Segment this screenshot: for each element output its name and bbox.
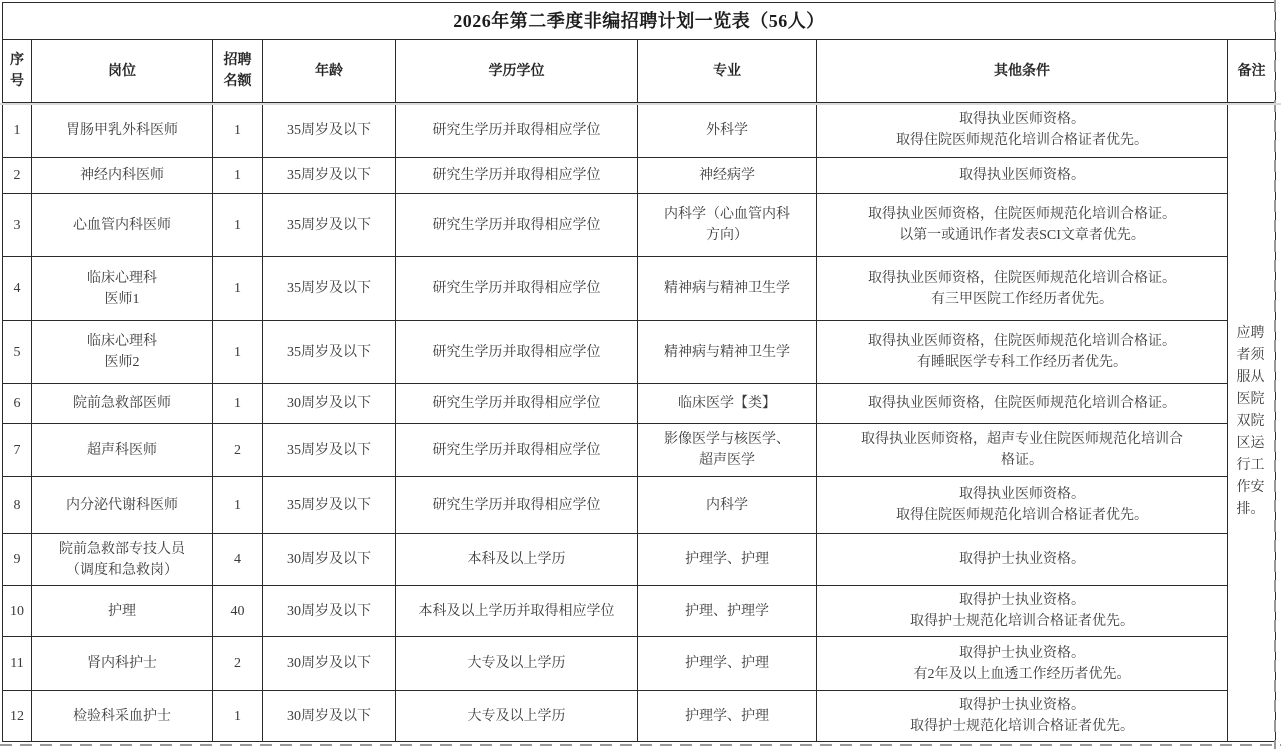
cell-other: 取得护士执业资格。 (817, 534, 1228, 586)
cell-seq: 12 (3, 691, 32, 742)
table-row: 5临床心理科 医师2135周岁及以下研究生学历并取得相应学位精神病与精神卫生学取… (3, 321, 1276, 384)
remark-text: 应聘者须服从医院双院区运行工作安排。 (1237, 323, 1267, 521)
cell-other: 取得执业医师资格，超声专业住院医师规范化培训合 格证。 (817, 424, 1228, 477)
cell-seq: 11 (3, 637, 32, 691)
cell-quota: 1 (213, 384, 263, 424)
spreadsheet-page: 2026年第二季度非编招聘计划一览表（56人） 序 号 岗位 招聘 名额 年龄 … (0, 0, 1281, 749)
cell-major: 内科学 (638, 477, 817, 534)
cell-major: 护理学、护理 (638, 691, 817, 742)
cell-seq: 5 (3, 321, 32, 384)
cell-seq: 9 (3, 534, 32, 586)
cell-age: 35周岁及以下 (263, 158, 396, 194)
cell-education: 本科及以上学历 (396, 534, 638, 586)
cell-age: 30周岁及以下 (263, 691, 396, 742)
cell-quota: 1 (213, 103, 263, 158)
cell-quota: 1 (213, 158, 263, 194)
cell-education: 研究生学历并取得相应学位 (396, 103, 638, 158)
table-row: 7超声科医师235周岁及以下研究生学历并取得相应学位影像医学与核医学、 超声医学… (3, 424, 1276, 477)
cell-post: 内分泌代谢科医师 (32, 477, 213, 534)
column-header-quota: 招聘 名额 (213, 40, 263, 103)
cell-education: 大专及以上学历 (396, 691, 638, 742)
table-row: 8内分泌代谢科医师135周岁及以下研究生学历并取得相应学位内科学取得执业医师资格… (3, 477, 1276, 534)
cell-seq: 7 (3, 424, 32, 477)
cell-other: 取得护士执业资格。 取得护士规范化培训合格证者优先。 (817, 586, 1228, 637)
column-header-remark: 备注 (1228, 40, 1276, 103)
cell-seq: 3 (3, 194, 32, 257)
header-row: 序 号 岗位 招聘 名额 年龄 学历学位 专业 其他条件 备注 (3, 40, 1276, 103)
cell-education: 研究生学历并取得相应学位 (396, 477, 638, 534)
table-row: 11肾内科护士230周岁及以下大专及以上学历护理学、护理取得护士执业资格。 有2… (3, 637, 1276, 691)
cell-post: 临床心理科 医师1 (32, 257, 213, 321)
page-break-line-horizontal (0, 744, 1281, 746)
cell-age: 30周岁及以下 (263, 586, 396, 637)
column-header-education: 学历学位 (396, 40, 638, 103)
column-header-seq: 序 号 (3, 40, 32, 103)
cell-seq: 6 (3, 384, 32, 424)
cell-other: 取得执业医师资格，住院医师规范化培训合格证。 以第一或通讯作者发表SCI文章者优… (817, 194, 1228, 257)
cell-seq: 1 (3, 103, 32, 158)
column-header-age: 年龄 (263, 40, 396, 103)
cell-major: 影像医学与核医学、 超声医学 (638, 424, 817, 477)
cell-education: 大专及以上学历 (396, 637, 638, 691)
cell-post: 肾内科护士 (32, 637, 213, 691)
cell-education: 研究生学历并取得相应学位 (396, 424, 638, 477)
cell-other: 取得执业医师资格。 取得住院医师规范化培训合格证者优先。 (817, 477, 1228, 534)
freeze-pane-divider (0, 103, 1281, 105)
table-row: 1胃肠甲乳外科医师135周岁及以下研究生学历并取得相应学位外科学取得执业医师资格… (3, 103, 1276, 158)
cell-age: 30周岁及以下 (263, 637, 396, 691)
cell-major: 内科学（心血管内科 方向） (638, 194, 817, 257)
cell-other: 取得执业医师资格，住院医师规范化培训合格证。 (817, 384, 1228, 424)
column-header-major: 专业 (638, 40, 817, 103)
cell-age: 35周岁及以下 (263, 424, 396, 477)
table-row: 6院前急救部医师130周岁及以下研究生学历并取得相应学位临床医学【类】取得执业医… (3, 384, 1276, 424)
cell-post: 检验科采血护士 (32, 691, 213, 742)
table-row: 3心血管内科医师135周岁及以下研究生学历并取得相应学位内科学（心血管内科 方向… (3, 194, 1276, 257)
cell-post: 院前急救部医师 (32, 384, 213, 424)
cell-quota: 1 (213, 691, 263, 742)
cell-major: 神经病学 (638, 158, 817, 194)
cell-quota: 1 (213, 194, 263, 257)
cell-other: 取得执业医师资格，住院医师规范化培训合格证。 有三甲医院工作经历者优先。 (817, 257, 1228, 321)
cell-education: 本科及以上学历并取得相应学位 (396, 586, 638, 637)
cell-major: 精神病与精神卫生学 (638, 321, 817, 384)
cell-quota: 40 (213, 586, 263, 637)
table-row: 2神经内科医师135周岁及以下研究生学历并取得相应学位神经病学取得执业医师资格。 (3, 158, 1276, 194)
cell-post: 胃肠甲乳外科医师 (32, 103, 213, 158)
cell-major: 护理学、护理 (638, 637, 817, 691)
cell-seq: 2 (3, 158, 32, 194)
cell-quota: 4 (213, 534, 263, 586)
table-row: 12检验科采血护士130周岁及以下大专及以上学历护理学、护理取得护士执业资格。 … (3, 691, 1276, 742)
cell-age: 35周岁及以下 (263, 257, 396, 321)
cell-post: 心血管内科医师 (32, 194, 213, 257)
cell-major: 护理学、护理 (638, 534, 817, 586)
cell-education: 研究生学历并取得相应学位 (396, 321, 638, 384)
cell-age: 35周岁及以下 (263, 194, 396, 257)
table-body: 1胃肠甲乳外科医师135周岁及以下研究生学历并取得相应学位外科学取得执业医师资格… (3, 103, 1276, 742)
cell-seq: 10 (3, 586, 32, 637)
cell-education: 研究生学历并取得相应学位 (396, 384, 638, 424)
cell-post: 护理 (32, 586, 213, 637)
cell-major: 护理、护理学 (638, 586, 817, 637)
column-header-post: 岗位 (32, 40, 213, 103)
cell-quota: 2 (213, 637, 263, 691)
page-break-line-vertical (1274, 0, 1276, 749)
cell-education: 研究生学历并取得相应学位 (396, 194, 638, 257)
cell-quota: 1 (213, 321, 263, 384)
cell-other: 取得执业医师资格，住院医师规范化培训合格证。 有睡眠医学专科工作经历者优先。 (817, 321, 1228, 384)
cell-seq: 8 (3, 477, 32, 534)
cell-other: 取得护士执业资格。 取得护士规范化培训合格证者优先。 (817, 691, 1228, 742)
cell-post: 临床心理科 医师2 (32, 321, 213, 384)
recruitment-table: 2026年第二季度非编招聘计划一览表（56人） 序 号 岗位 招聘 名额 年龄 … (2, 2, 1276, 742)
cell-age: 35周岁及以下 (263, 477, 396, 534)
cell-seq: 4 (3, 257, 32, 321)
cell-post: 超声科医师 (32, 424, 213, 477)
title-row: 2026年第二季度非编招聘计划一览表（56人） (3, 3, 1276, 40)
cell-age: 35周岁及以下 (263, 321, 396, 384)
cell-quota: 1 (213, 477, 263, 534)
remark-cell: 应聘者须服从医院双院区运行工作安排。 (1228, 103, 1276, 742)
table-title: 2026年第二季度非编招聘计划一览表（56人） (3, 3, 1276, 40)
cell-other: 取得执业医师资格。 取得住院医师规范化培训合格证者优先。 (817, 103, 1228, 158)
cell-major: 临床医学【类】 (638, 384, 817, 424)
cell-age: 30周岁及以下 (263, 384, 396, 424)
cell-post: 神经内科医师 (32, 158, 213, 194)
table-row: 10护理4030周岁及以下本科及以上学历并取得相应学位护理、护理学取得护士执业资… (3, 586, 1276, 637)
cell-major: 外科学 (638, 103, 817, 158)
cell-quota: 1 (213, 257, 263, 321)
table-row: 9院前急救部专技人员 （调度和急救岗）430周岁及以下本科及以上学历护理学、护理… (3, 534, 1276, 586)
cell-age: 30周岁及以下 (263, 534, 396, 586)
cell-major: 精神病与精神卫生学 (638, 257, 817, 321)
cell-other: 取得执业医师资格。 (817, 158, 1228, 194)
cell-quota: 2 (213, 424, 263, 477)
cell-age: 35周岁及以下 (263, 103, 396, 158)
cell-education: 研究生学历并取得相应学位 (396, 257, 638, 321)
column-header-other: 其他条件 (817, 40, 1228, 103)
table-row: 4临床心理科 医师1135周岁及以下研究生学历并取得相应学位精神病与精神卫生学取… (3, 257, 1276, 321)
cell-post: 院前急救部专技人员 （调度和急救岗） (32, 534, 213, 586)
cell-other: 取得护士执业资格。 有2年及以上血透工作经历者优先。 (817, 637, 1228, 691)
cell-education: 研究生学历并取得相应学位 (396, 158, 638, 194)
